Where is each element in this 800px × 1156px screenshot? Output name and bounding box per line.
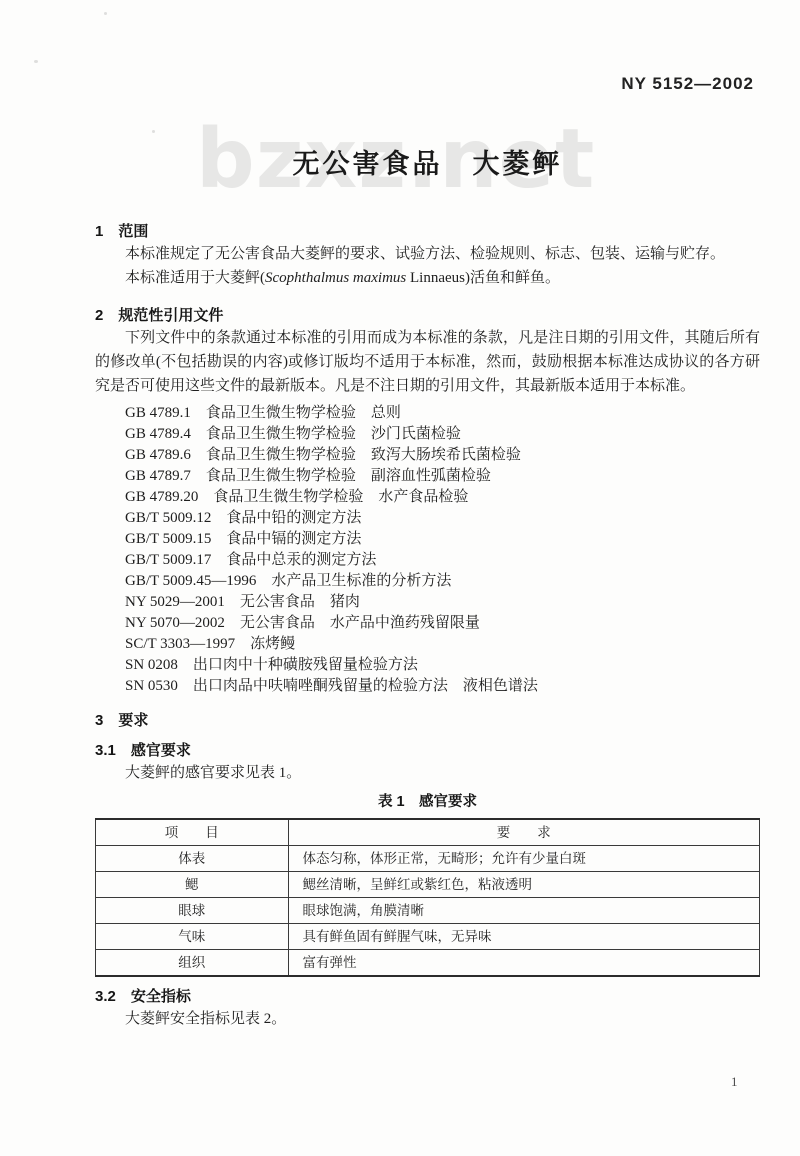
reference-item: GB 4789.4 食品卫生微生物学检验 沙门氏菌检验 — [125, 424, 760, 445]
table-row: 体表 体态匀称，体形正常，无畸形；允许有少量白斑 — [96, 846, 760, 872]
requirement-cell: 眼球饱满，角膜清晰 — [288, 898, 759, 924]
table-row: 眼球 眼球饱满，角膜清晰 — [96, 898, 760, 924]
scope-applicability-after: Linnaeus)活鱼和鲜鱼。 — [406, 270, 560, 286]
reference-item: SN 0530 出口肉品中呋喃唑酮残留量的检验方法 液相色谱法 — [125, 676, 760, 697]
reference-item: GB 4789.20 食品卫生微生物学检验 水产食品检验 — [125, 487, 760, 508]
item-cell: 组织 — [96, 950, 289, 977]
requirement-cell: 体态匀称，体形正常，无畸形；允许有少量白斑 — [288, 846, 759, 872]
section-3-1-heading: 3.1 感官要求 — [95, 741, 760, 761]
requirement-cell: 具有鲜鱼固有鲜腥气味，无异味 — [288, 924, 759, 950]
reference-item: GB 4789.1 食品卫生微生物学检验 总则 — [125, 403, 760, 424]
reference-item: GB/T 5009.17 食品中总汞的测定方法 — [125, 550, 760, 571]
requirement-cell: 富有弹性 — [288, 950, 759, 977]
item-cell: 气味 — [96, 924, 289, 950]
table-header-requirement: 要 求 — [288, 819, 759, 846]
page-number: 1 — [731, 1074, 738, 1090]
section-2-heading: 2 规范性引用文件 — [95, 306, 760, 326]
table-row: 气味 具有鲜鱼固有鲜腥气味，无异味 — [96, 924, 760, 950]
standard-number: NY 5152—2002 — [621, 74, 754, 94]
scope-applicability-before: 本标准适用于大菱鲆( — [125, 270, 265, 286]
item-cell: 体表 — [96, 846, 289, 872]
sensory-intro: 大菱鲆的感官要求见表 1。 — [95, 761, 760, 785]
table-row: 组织 富有弹性 — [96, 950, 760, 977]
table-1-caption: 表 1 感官要求 — [95, 792, 760, 812]
reference-item: GB/T 5009.12 食品中铅的测定方法 — [125, 508, 760, 529]
section-1-heading: 1 范围 — [95, 222, 760, 242]
section-3-heading: 3 要求 — [95, 711, 760, 731]
latin-species-name: Scophthalmus maximus — [265, 270, 406, 286]
table-header-item: 项 目 — [96, 819, 289, 846]
section-3-2-heading: 3.2 安全指标 — [95, 987, 760, 1007]
item-cell: 鳃 — [96, 872, 289, 898]
scan-speck — [34, 60, 38, 63]
document-body: 1 范围 本标准规定了无公害食品大菱鲆的要求、试验方法、检验规则、标志、包装、运… — [95, 0, 760, 1031]
references-intro: 下列文件中的条款通过本标准的引用而成为本标准的条款，凡是注日期的引用文件，其随后… — [95, 326, 760, 398]
table-header-row: 项 目 要 求 — [96, 819, 760, 846]
reference-item: NY 5070—2002 无公害食品 水产品中渔药残留限量 — [125, 613, 760, 634]
document-page: NY 5152—2002 bzxz.net 无公害食品 大菱鲆 1 范围 本标准… — [0, 0, 800, 1156]
item-cell: 眼球 — [96, 898, 289, 924]
reference-item: SN 0208 出口肉中十种磺胺残留量检验方法 — [125, 655, 760, 676]
safety-intro: 大菱鲆安全指标见表 2。 — [95, 1007, 760, 1031]
reference-item: GB/T 5009.15 食品中镉的测定方法 — [125, 529, 760, 550]
reference-item: GB/T 5009.45—1996 水产品卫生标准的分析方法 — [125, 571, 760, 592]
reference-item: NY 5029—2001 无公害食品 猪肉 — [125, 592, 760, 613]
reference-list: GB 4789.1 食品卫生微生物学检验 总则 GB 4789.4 食品卫生微生… — [95, 403, 760, 697]
requirement-cell: 鳃丝清晰，呈鲜红或紫红色，粘液透明 — [288, 872, 759, 898]
table-row: 鳃 鳃丝清晰，呈鲜红或紫红色，粘液透明 — [96, 872, 760, 898]
scope-applicability: 本标准适用于大菱鲆(Scophthalmus maximus Linnaeus)… — [95, 266, 760, 290]
sensory-requirements-table: 项 目 要 求 体表 体态匀称，体形正常，无畸形；允许有少量白斑 鳃 鳃丝清晰，… — [95, 818, 760, 977]
scope-paragraph: 本标准规定了无公害食品大菱鲆的要求、试验方法、检验规则、标志、包装、运输与贮存。 — [95, 242, 760, 266]
reference-item: GB 4789.6 食品卫生微生物学检验 致泻大肠埃希氏菌检验 — [125, 445, 760, 466]
reference-item: GB 4789.7 食品卫生微生物学检验 副溶血性弧菌检验 — [125, 466, 760, 487]
reference-item: SC/T 3303—1997 冻烤鳗 — [125, 634, 760, 655]
